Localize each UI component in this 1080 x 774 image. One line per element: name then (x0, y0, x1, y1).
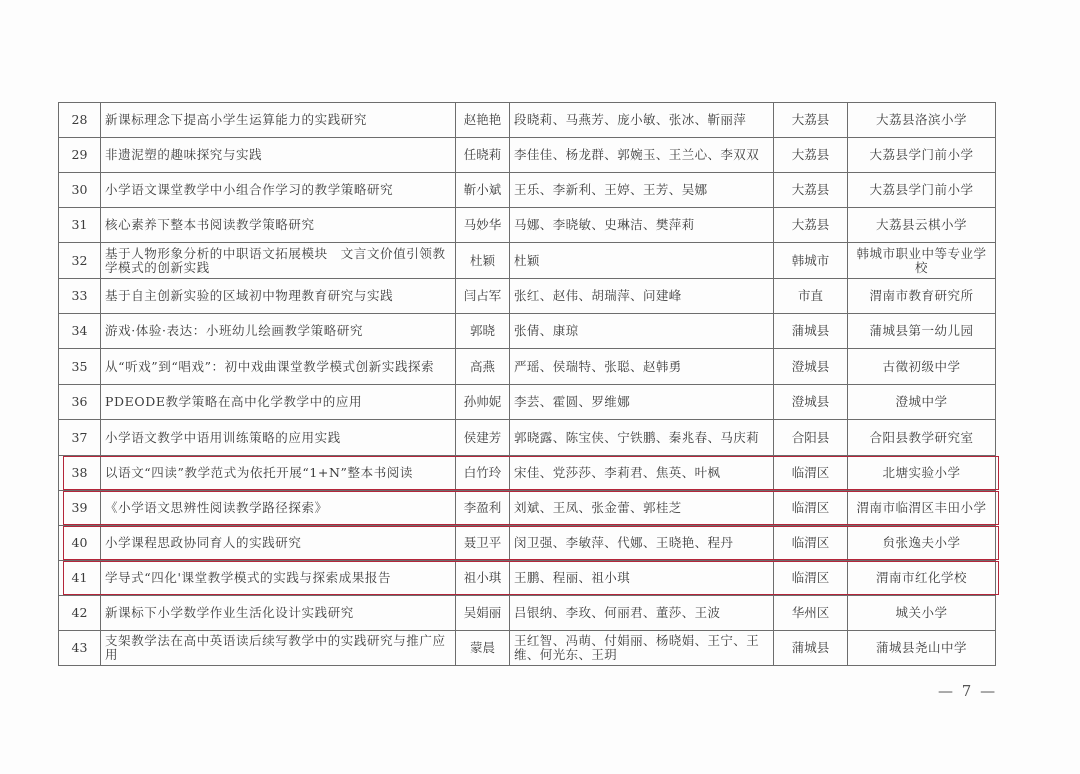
project-leader-cell: 赵艳艳 (456, 103, 510, 138)
project-title-cell: 小学课程思政协同育人的实践研究 (101, 526, 456, 561)
project-title-cell: 基于人物形象分析的中职语文拓展模块 文言文价值引领教学模式的创新实践 (101, 243, 456, 279)
project-leader-cell: 靳小斌 (456, 173, 510, 208)
team-members-cell: 张倩、康琼 (510, 314, 774, 349)
affiliated-unit-cell: 渭南市教育研究所 (848, 279, 996, 314)
row-number-cell: 30 (59, 173, 101, 208)
row-number-cell: 43 (59, 631, 101, 666)
table-row: 43支架教学法在高中英语读后续写教学中的实践研究与推广应用蒙晨王红智、冯萌、付娟… (59, 631, 996, 666)
row-number-cell: 38 (59, 456, 101, 491)
affiliated-unit-cell: 大荔县学门前小学 (848, 173, 996, 208)
project-title-cell: 以语文“四读”教学范式为依托开展“1+N”整本书阅读 (101, 456, 456, 491)
team-members-cell: 张红、赵伟、胡瑞萍、问建峰 (510, 279, 774, 314)
project-title-cell: 小学语文教学中语用训练策略的应用实践 (101, 420, 456, 456)
row-number-cell: 42 (59, 596, 101, 631)
row-number-cell: 31 (59, 208, 101, 243)
project-title-cell: 小学语文课堂教学中小组合作学习的教学策略研究 (101, 173, 456, 208)
row-number-cell: 28 (59, 103, 101, 138)
team-members-cell: 郭晓露、陈宝侠、宁铁鹏、秦兆春、马庆莉 (510, 420, 774, 456)
affiliated-unit-cell: 渭南市临渭区丰田小学 (848, 491, 996, 526)
region-cell: 大荔县 (774, 208, 848, 243)
region-cell: 大荔县 (774, 138, 848, 173)
project-title-cell: 学导式“四化'课堂教学模式的实践与探索成果报告 (101, 561, 456, 596)
row-number-cell: 40 (59, 526, 101, 561)
team-members-cell: 刘斌、王凤、张金蕾、郭桂芝 (510, 491, 774, 526)
project-title-cell: 核心素养下整本书阅读教学策略研究 (101, 208, 456, 243)
region-cell: 临渭区 (774, 456, 848, 491)
team-members-cell: 李佳佳、杨龙群、郭婉玉、王兰心、李双双 (510, 138, 774, 173)
team-members-cell: 吕银纳、李玫、何丽君、董莎、王波 (510, 596, 774, 631)
table-body: 28新课标理念下提高小学生运算能力的实践研究赵艳艳段晓莉、马燕芳、庞小敏、张冰、… (59, 103, 996, 666)
affiliated-unit-cell: 韩城市职业中等专业学校 (848, 243, 996, 279)
project-title-cell: 游戏·体验·表达：小班幼儿绘画教学策略研究 (101, 314, 456, 349)
project-leader-cell: 蒙晨 (456, 631, 510, 666)
project-leader-cell: 吴娟丽 (456, 596, 510, 631)
project-leader-cell: 郭晓 (456, 314, 510, 349)
affiliated-unit-cell: 渭南市红化学校 (848, 561, 996, 596)
project-title-cell: 《小学语文思辨性阅读教学路径探索》 (101, 491, 456, 526)
project-leader-cell: 孙帅妮 (456, 385, 510, 420)
affiliated-unit-cell: 北塘实验小学 (848, 456, 996, 491)
team-members-cell: 王乐、李新利、王婷、王芳、吴娜 (510, 173, 774, 208)
project-leader-cell: 白竹玲 (456, 456, 510, 491)
row-number-cell: 32 (59, 243, 101, 279)
affiliated-unit-cell: 古徵初级中学 (848, 349, 996, 385)
project-title-cell: 非遗泥塑的趣味探究与实践 (101, 138, 456, 173)
team-members-cell: 李芸、霍圆、罗维娜 (510, 385, 774, 420)
row-number-cell: 37 (59, 420, 101, 456)
table-row: 38以语文“四读”教学范式为依托开展“1+N”整本书阅读白竹玲宋佳、党莎莎、李莉… (59, 456, 996, 491)
table-row: 29非遗泥塑的趣味探究与实践任晓莉李佳佳、杨龙群、郭婉玉、王兰心、李双双大荔县大… (59, 138, 996, 173)
region-cell: 蒲城县 (774, 314, 848, 349)
table-row: 41学导式“四化'课堂教学模式的实践与探索成果报告祖小琪王鹏、程丽、祖小琪临渭区… (59, 561, 996, 596)
affiliated-unit-cell: 蒲城县尧山中学 (848, 631, 996, 666)
project-title-cell: 从“听戏”到“唱戏”：初中戏曲课堂教学模式创新实践探索 (101, 349, 456, 385)
row-number-cell: 36 (59, 385, 101, 420)
project-leader-cell: 祖小琪 (456, 561, 510, 596)
region-cell: 蒲城县 (774, 631, 848, 666)
project-title-cell: 支架教学法在高中英语读后续写教学中的实践研究与推广应用 (101, 631, 456, 666)
project-title-cell: PDEODE教学策略在高中化学教学中的应用 (101, 385, 456, 420)
region-cell: 临渭区 (774, 491, 848, 526)
affiliated-unit-cell: 贠张逸夫小学 (848, 526, 996, 561)
region-cell: 华州区 (774, 596, 848, 631)
project-leader-cell: 杜颖 (456, 243, 510, 279)
project-title-cell: 新课标下小学数学作业生活化设计实践研究 (101, 596, 456, 631)
region-cell: 澄城县 (774, 349, 848, 385)
table-row: 35从“听戏”到“唱戏”：初中戏曲课堂教学模式创新实践探索高燕严瑶、侯瑞特、张聪… (59, 349, 996, 385)
project-leader-cell: 马妙华 (456, 208, 510, 243)
row-number-cell: 35 (59, 349, 101, 385)
row-number-cell: 34 (59, 314, 101, 349)
project-leader-cell: 闫占军 (456, 279, 510, 314)
table-row: 40小学课程思政协同育人的实践研究聂卫平闵卫强、李敏萍、代娜、王晓艳、程丹临渭区… (59, 526, 996, 561)
table-row: 32基于人物形象分析的中职语文拓展模块 文言文价值引领教学模式的创新实践杜颖杜颖… (59, 243, 996, 279)
affiliated-unit-cell: 大荔县云棋小学 (848, 208, 996, 243)
region-cell: 澄城县 (774, 385, 848, 420)
project-leader-cell: 李盈利 (456, 491, 510, 526)
affiliated-unit-cell: 合阳县教学研究室 (848, 420, 996, 456)
table-row: 28新课标理念下提高小学生运算能力的实践研究赵艳艳段晓莉、马燕芳、庞小敏、张冰、… (59, 103, 996, 138)
team-members-cell: 闵卫强、李敏萍、代娜、王晓艳、程丹 (510, 526, 774, 561)
table-row: 31核心素养下整本书阅读教学策略研究马妙华马娜、李晓敏、史琳洁、樊萍莉大荔县大荔… (59, 208, 996, 243)
region-cell: 合阳县 (774, 420, 848, 456)
team-members-cell: 王红智、冯萌、付娟丽、杨晓娟、王宁、王维、何光东、王玥 (510, 631, 774, 666)
row-number-cell: 39 (59, 491, 101, 526)
row-number-cell: 41 (59, 561, 101, 596)
affiliated-unit-cell: 澄城中学 (848, 385, 996, 420)
project-title-cell: 新课标理念下提高小学生运算能力的实践研究 (101, 103, 456, 138)
affiliated-unit-cell: 大荔县洛滨小学 (848, 103, 996, 138)
affiliated-unit-cell: 大荔县学门前小学 (848, 138, 996, 173)
table-row: 34游戏·体验·表达：小班幼儿绘画教学策略研究郭晓张倩、康琼蒲城县蒲城县第一幼儿… (59, 314, 996, 349)
project-title-cell: 基于自主创新实验的区域初中物理教育研究与实践 (101, 279, 456, 314)
team-members-cell: 严瑶、侯瑞特、张聪、赵韩勇 (510, 349, 774, 385)
project-leader-cell: 侯建芳 (456, 420, 510, 456)
project-leader-cell: 高燕 (456, 349, 510, 385)
table-row: 37小学语文教学中语用训练策略的应用实践侯建芳郭晓露、陈宝侠、宁铁鹏、秦兆春、马… (59, 420, 996, 456)
table-row: 42新课标下小学数学作业生活化设计实践研究吴娟丽吕银纳、李玫、何丽君、董莎、王波… (59, 596, 996, 631)
table-row: 33基于自主创新实验的区域初中物理教育研究与实践闫占军张红、赵伟、胡瑞萍、问建峰… (59, 279, 996, 314)
region-cell: 韩城市 (774, 243, 848, 279)
region-cell: 大荔县 (774, 103, 848, 138)
region-cell: 临渭区 (774, 526, 848, 561)
team-members-cell: 王鹏、程丽、祖小琪 (510, 561, 774, 596)
row-number-cell: 29 (59, 138, 101, 173)
team-members-cell: 杜颖 (510, 243, 774, 279)
document-page: 28新课标理念下提高小学生运算能力的实践研究赵艳艳段晓莉、马燕芳、庞小敏、张冰、… (0, 0, 1080, 774)
affiliated-unit-cell: 城关小学 (848, 596, 996, 631)
page-number: — 7 — (938, 682, 997, 700)
project-roster-table: 28新课标理念下提高小学生运算能力的实践研究赵艳艳段晓莉、马燕芳、庞小敏、张冰、… (58, 102, 996, 666)
row-number-cell: 33 (59, 279, 101, 314)
project-leader-cell: 任晓莉 (456, 138, 510, 173)
region-cell: 市直 (774, 279, 848, 314)
affiliated-unit-cell: 蒲城县第一幼儿园 (848, 314, 996, 349)
region-cell: 临渭区 (774, 561, 848, 596)
project-leader-cell: 聂卫平 (456, 526, 510, 561)
table-row: 36PDEODE教学策略在高中化学教学中的应用孙帅妮李芸、霍圆、罗维娜澄城县澄城… (59, 385, 996, 420)
team-members-cell: 宋佳、党莎莎、李莉君、焦英、叶枫 (510, 456, 774, 491)
region-cell: 大荔县 (774, 173, 848, 208)
table-row: 30小学语文课堂教学中小组合作学习的教学策略研究靳小斌王乐、李新利、王婷、王芳、… (59, 173, 996, 208)
team-members-cell: 段晓莉、马燕芳、庞小敏、张冰、靳丽萍 (510, 103, 774, 138)
team-members-cell: 马娜、李晓敏、史琳洁、樊萍莉 (510, 208, 774, 243)
table-row: 39《小学语文思辨性阅读教学路径探索》李盈利刘斌、王凤、张金蕾、郭桂芝临渭区渭南… (59, 491, 996, 526)
